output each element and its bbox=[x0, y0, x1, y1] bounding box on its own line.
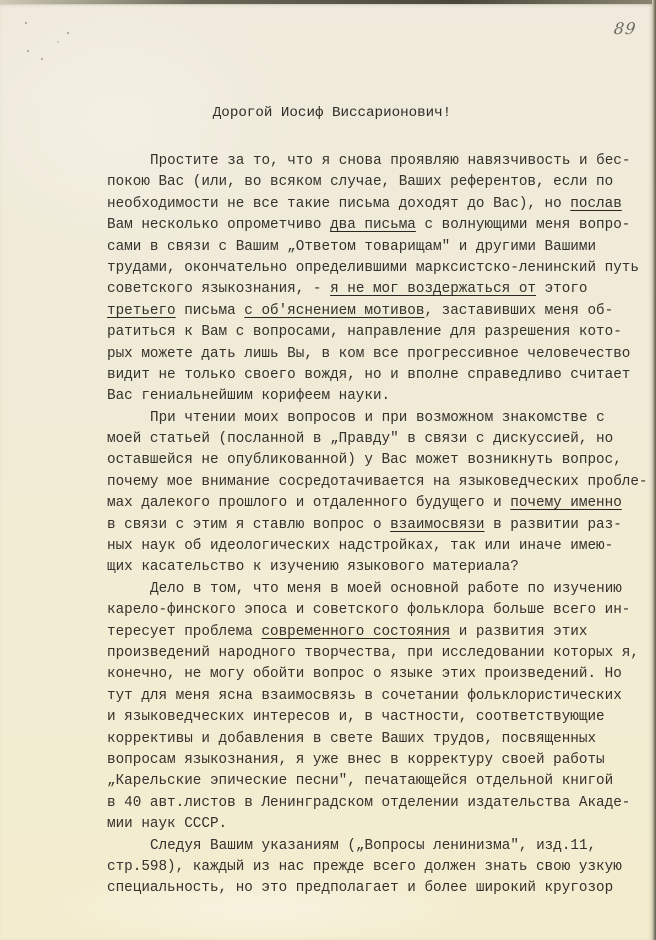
text-line: мах далекого прошлого и отдаленного буду… bbox=[107, 493, 648, 514]
text-segment: письма bbox=[176, 303, 245, 319]
text-line: стр.598), каждый из нас прежде всего дол… bbox=[107, 857, 648, 878]
text-segment: мах далекого прошлого и отдаленного буду… bbox=[107, 495, 510, 511]
underlined-phrase: два письма bbox=[330, 217, 416, 233]
text-line: коррективы и добавления в свете Ваших тр… bbox=[107, 729, 648, 750]
text-line: тересует проблема современного состояния… bbox=[107, 622, 648, 643]
underlined-phrase: современного состояния bbox=[261, 624, 450, 640]
text-line: ратиться к Вам с вопросами, направление … bbox=[107, 322, 648, 343]
text-segment: покою Вас (или, во всяком случае, Ваших … bbox=[107, 174, 613, 190]
scan-right-edge bbox=[652, 0, 656, 940]
text-segment: в развитии раз- bbox=[485, 517, 622, 533]
text-line: почему мое внимание сосредотачивается на… bbox=[107, 472, 648, 493]
text-segment: этого bbox=[536, 281, 587, 297]
text-segment: и языковедческих интересов и, в частност… bbox=[107, 709, 605, 725]
text-line: Вам несколько опрометчиво два письма с в… bbox=[107, 215, 648, 236]
text-line: карело-финского эпоса и советского фольк… bbox=[107, 600, 648, 621]
letter-page: 89 Дорогой Иосиф Виссарионович! Простите… bbox=[0, 3, 652, 940]
paper-speck bbox=[27, 50, 29, 52]
text-line: в связи с этим я ставлю вопрос о взаимос… bbox=[107, 515, 648, 536]
text-line: щих касательство к изучению языкового ма… bbox=[107, 557, 648, 578]
text-line: произведений народного творчества, при и… bbox=[107, 643, 648, 664]
text-line: видит не только своего вождя, но и вполн… bbox=[107, 365, 648, 386]
text-line: советского языкознания, - я не мог возде… bbox=[107, 279, 648, 300]
text-segment: ных наук об идеологических надстройках, … bbox=[107, 538, 613, 554]
underlined-phrase: взаимосвязи bbox=[390, 517, 484, 533]
text-line: Простите за то, что я снова проявляю нав… bbox=[107, 151, 648, 172]
text-segment: щих касательство к изучению языкового ма… bbox=[107, 559, 519, 575]
text-segment: тересует проблема bbox=[107, 624, 261, 640]
text-line: в 40 авт.листов в Ленинградском отделени… bbox=[107, 793, 648, 814]
salutation: Дорогой Иосиф Виссарионович! bbox=[0, 105, 656, 121]
text-segment: почему мое внимание сосредотачивается на… bbox=[107, 474, 648, 490]
text-segment: сами в связи с Вашим „Ответом товарищам"… bbox=[107, 239, 596, 255]
text-line: сами в связи с Вашим „Ответом товарищам"… bbox=[107, 237, 648, 258]
text-segment: Вас гениальнейшим корифеем науки. bbox=[107, 388, 390, 404]
text-segment: Простите за то, что я снова проявляю нав… bbox=[150, 153, 630, 169]
text-segment: Дело в том, что меня в моей основной раб… bbox=[150, 581, 622, 597]
text-segment: оставшейся не опубликованной) у Вас може… bbox=[107, 452, 622, 468]
underlined-phrase: третьего bbox=[107, 303, 176, 319]
text-segment: „Карельские эпические песни", печатающей… bbox=[107, 773, 613, 789]
text-segment: видит не только своего вождя, но и вполн… bbox=[107, 367, 630, 383]
text-segment: тут для меня ясна взаимосвязь в сочетани… bbox=[107, 688, 622, 704]
text-segment: советского языкознания, - bbox=[107, 281, 330, 297]
paper-speck bbox=[25, 22, 27, 24]
text-segment: , заставивших меня об- bbox=[424, 303, 613, 319]
text-line: покою Вас (или, во всяком случае, Ваших … bbox=[107, 172, 648, 193]
text-line: и языковедческих интересов и, в частност… bbox=[107, 707, 648, 728]
text-segment: необходимости не все такие письма доходя… bbox=[107, 196, 570, 212]
underlined-phrase: я не мог воздержаться от bbox=[330, 281, 536, 297]
paper-speck bbox=[67, 32, 69, 34]
underlined-phrase: послав bbox=[570, 196, 621, 212]
text-segment: произведений народного творчества, при и… bbox=[107, 645, 639, 661]
text-segment: трудами, окончательно определившими марк… bbox=[107, 260, 639, 276]
underlined-phrase: с об'яснением мотивов bbox=[244, 303, 424, 319]
text-line: специальность, но это предполагает и бол… bbox=[107, 878, 648, 899]
text-line: „Карельские эпические песни", печатающей… bbox=[107, 771, 648, 792]
text-line: третьего письма с об'яснением мотивов, з… bbox=[107, 301, 648, 322]
paper-speck bbox=[57, 41, 59, 43]
text-line: тут для меня ясна взаимосвязь в сочетани… bbox=[107, 686, 648, 707]
text-segment: с волнующими меня вопро- bbox=[416, 217, 631, 233]
text-segment: конечно, не могу обойти вопрос о языке э… bbox=[107, 666, 622, 682]
letter-body: Простите за то, что я снова проявляю нав… bbox=[107, 151, 648, 900]
text-segment: мии наук СССР. bbox=[107, 816, 227, 832]
paper-speck bbox=[41, 58, 43, 60]
text-segment: ратиться к Вам с вопросами, направление … bbox=[107, 324, 622, 340]
text-segment: в 40 авт.листов в Ленинградском отделени… bbox=[107, 795, 630, 811]
text-segment: моей статьей (посланной в „Правду" в свя… bbox=[107, 431, 613, 447]
text-line: Следуя Вашим указаниям („Вопросы лениниз… bbox=[107, 836, 648, 857]
text-segment: При чтении моих вопросов и при возможном… bbox=[150, 410, 605, 426]
page-number: 89 bbox=[613, 19, 637, 38]
text-segment: коррективы и добавления в свете Ваших тр… bbox=[107, 731, 596, 747]
text-segment: вопросам языкознания, я уже внес в корре… bbox=[107, 752, 605, 768]
text-segment: Следуя Вашим указаниям („Вопросы лениниз… bbox=[150, 838, 596, 854]
text-line: трудами, окончательно определившими марк… bbox=[107, 258, 648, 279]
text-line: мии наук СССР. bbox=[107, 814, 648, 835]
underlined-phrase: почему именно bbox=[510, 495, 622, 511]
text-segment: Вам несколько опрометчиво bbox=[107, 217, 330, 233]
text-line: При чтении моих вопросов и при возможном… bbox=[107, 408, 648, 429]
text-segment: стр.598), каждый из нас прежде всего дол… bbox=[107, 859, 622, 875]
text-segment: карело-финского эпоса и советского фольк… bbox=[107, 602, 630, 618]
text-segment: и развития этих bbox=[450, 624, 587, 640]
text-line: Вас гениальнейшим корифеем науки. bbox=[107, 386, 648, 407]
text-line: рых можете дать лишь Вы, в ком все прогр… bbox=[107, 344, 648, 365]
text-line: конечно, не могу обойти вопрос о языке э… bbox=[107, 664, 648, 685]
text-line: вопросам языкознания, я уже внес в корре… bbox=[107, 750, 648, 771]
text-line: необходимости не все такие письма доходя… bbox=[107, 194, 648, 215]
text-line: Дело в том, что меня в моей основной раб… bbox=[107, 579, 648, 600]
text-line: оставшейся не опубликованной) у Вас може… bbox=[107, 450, 648, 471]
text-line: ных наук об идеологических надстройках, … bbox=[107, 536, 648, 557]
text-segment: в связи с этим я ставлю вопрос о bbox=[107, 517, 390, 533]
text-segment: специальность, но это предполагает и бол… bbox=[107, 880, 613, 896]
scan-top-edge bbox=[0, 0, 656, 4]
text-line: моей статьей (посланной в „Правду" в свя… bbox=[107, 429, 648, 450]
text-segment: рых можете дать лишь Вы, в ком все прогр… bbox=[107, 346, 630, 362]
